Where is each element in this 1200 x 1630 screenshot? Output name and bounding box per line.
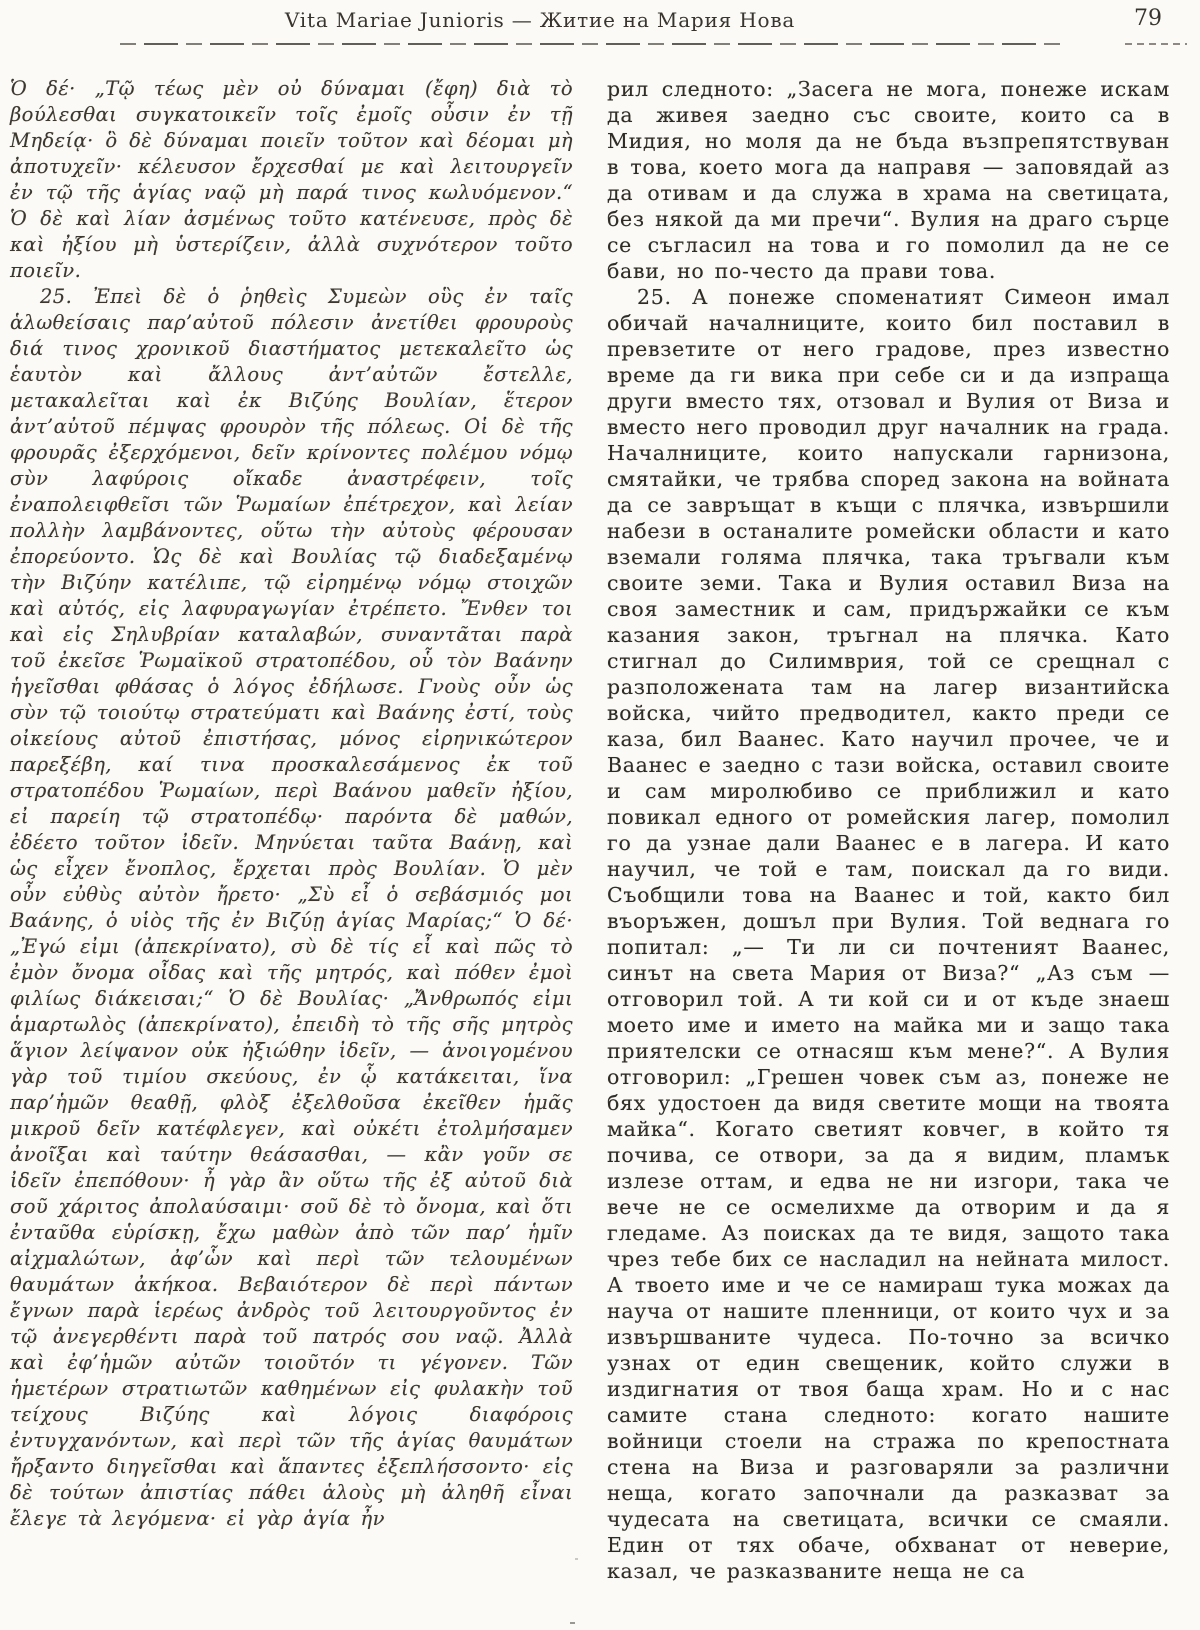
page-number: 79 xyxy=(1134,6,1162,31)
text-columns: Ὁ δέ· „Τῷ τέως μὲν οὐ δύναμαι (ἔφη) διὰ … xyxy=(10,76,1170,1584)
greek-paragraph-25: 25. Ἐπεὶ δὲ ὁ ῥηθεὶς Συμεὼν οὓς ἐν ταῖς … xyxy=(10,284,573,1532)
running-title: Vita Mariae Junioris — Житие на Мария Но… xyxy=(0,8,1080,32)
scan-artifact xyxy=(570,1622,575,1624)
bulgarian-paragraph-continuation: рил следното: „Засега не мога, понеже ис… xyxy=(607,76,1170,284)
header-rule xyxy=(120,42,1065,45)
scanned-book-page: Vita Mariae Junioris — Житие на Мария Но… xyxy=(0,0,1200,1630)
bulgarian-text-column: рил следното: „Засега не мога, понеже ис… xyxy=(607,76,1170,1584)
header-rule-fragment xyxy=(1125,42,1187,45)
greek-text-column: Ὁ δέ· „Τῷ τέως μὲν οὐ δύναμαι (ἔφη) διὰ … xyxy=(10,76,573,1584)
greek-paragraph-continuation: Ὁ δέ· „Τῷ τέως μὲν οὐ δύναμαι (ἔφη) διὰ … xyxy=(10,76,573,284)
bulgarian-paragraph-25: 25. А понеже споменатият Симеон имал оби… xyxy=(607,284,1170,1584)
scan-artifact xyxy=(575,1558,578,1560)
